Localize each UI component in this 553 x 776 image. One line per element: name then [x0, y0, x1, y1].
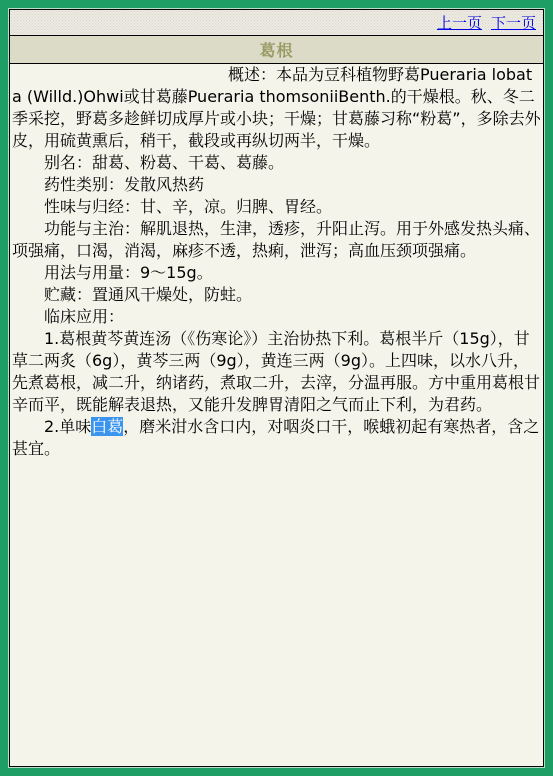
paragraph-clinical-label: 临床应用： — [12, 306, 541, 328]
paragraph-dosage: 用法与用量：9～15g。 — [12, 262, 541, 284]
article-content: 概述：本品为豆科植物野葛Pueraria lobata (Willd.)Ohwi… — [9, 64, 544, 767]
paragraph-alias: 别名：甜葛、粉葛、干葛、葛藤。 — [12, 152, 541, 174]
paragraph-flavor-meridian: 性味与归经：甘、辛，凉。归脾、胃经。 — [12, 196, 541, 218]
page-title: 葛根 — [259, 38, 293, 61]
paragraph-overview: 概述：本品为豆科植物野葛Pueraria lobata (Willd.)Ohwi… — [12, 64, 541, 152]
paragraph-function-indication: 功能与主治：解肌退热，生津，透疹，升阳止泻。用于外感发热头痛、项强痛，口渴，消渴… — [12, 218, 541, 262]
clinical-item-2-prefix: 2.单味 — [44, 417, 91, 436]
paragraph-clinical-item-2: 2.单味白葛，磨米泔水含口内，对咽炎口干，喉蛾初起有寒热者，含之甚宜。 — [12, 416, 541, 460]
paragraph-clinical-item-1: 1.葛根黄芩黄连汤（《伤寒论》）主治协热下利。葛根半斤（15g），甘草二两炙（6… — [12, 328, 541, 416]
page-frame: 上一页 下一页 葛根 概述：本品为豆科植物野葛Pueraria lobata (… — [8, 8, 545, 768]
paragraph-property-category: 药性类别：发散风热药 — [12, 174, 541, 196]
paragraph-storage: 贮藏：置通风干燥处，防蛀。 — [12, 284, 541, 306]
next-page-link[interactable]: 下一页 — [491, 12, 536, 33]
prev-page-link[interactable]: 上一页 — [437, 12, 482, 33]
pager-bar: 上一页 下一页 — [9, 9, 544, 36]
title-bar: 葛根 — [9, 36, 544, 64]
selection-highlight-term: 白葛 — [91, 417, 123, 436]
